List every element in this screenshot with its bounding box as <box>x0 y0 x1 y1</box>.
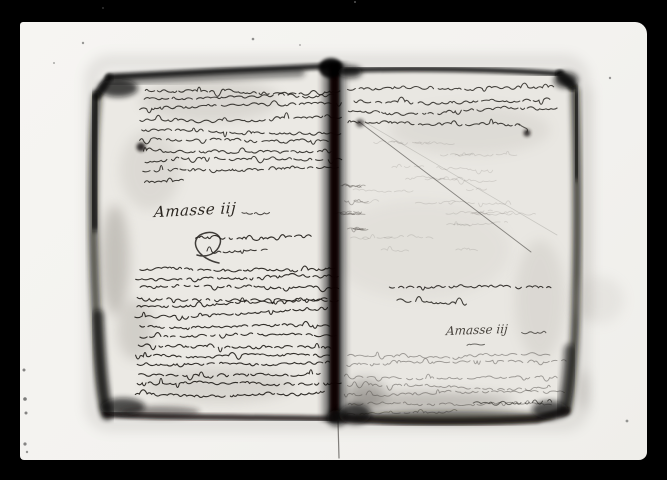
manuscript-spread <box>0 0 667 480</box>
mark-ink-blot-left-page <box>137 143 146 152</box>
mark-crossout-arrowhead <box>356 119 364 127</box>
right-page-heading: Amasse iij <box>446 322 509 338</box>
archival-scan-viewport[interactable]: Amasse iij Amasse iij <box>0 0 667 480</box>
